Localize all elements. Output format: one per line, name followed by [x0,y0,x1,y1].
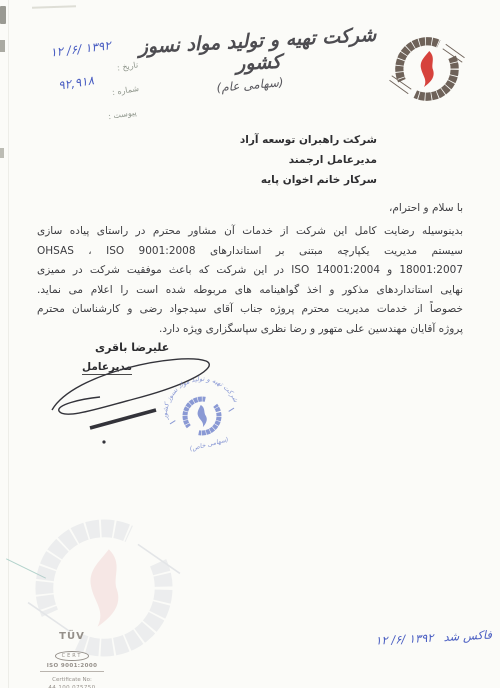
body-line: نهایی استانداردهای مذکور و اخذ گواهینامه… [37,281,463,301]
stamp-sub-text: (سهامی خاص) [189,435,229,452]
svg-text:شرکت تهیه و تولید مواد نسوز کش: شرکت تهیه و تولید مواد نسوز کشور [152,366,240,422]
tuv-cert-icon: TÜV CERT ISO 9001:2000 Certificate No: 4… [40,632,104,688]
scan-artifact [0,40,5,52]
number-label: شماره : [111,84,139,97]
letter-page: شرکت تهیه و تولید مواد نسوز کشور (سهامی … [0,0,500,688]
handwritten-date: ۱۳۹۲ /۶/ ۱۲ [49,38,111,59]
salutation: با سلام و احترام، [37,202,463,214]
body-line: بدینوسیله رضایت کامل این شرکت از خدمات آ… [37,222,463,242]
recipient-company: شرکت راهبران توسعه آراد [240,130,377,150]
handwritten-number: ۹۲,۹۱۸ [57,73,95,92]
recipient-person: سرکار خانم اخوان پایه [240,170,377,190]
stamp-arc-text: شرکت تهیه و تولید مواد نسوز کشور [152,366,240,422]
attachment-label: پیوست : [107,108,137,121]
scan-artifact [0,148,4,158]
scan-artifact [32,5,76,9]
tuv-cert-label: CERT [55,651,90,661]
tuv-brand-text: TÜV [40,632,104,642]
company-logo-icon [388,26,466,112]
body-line: 18001:2007 و ISO 14001:2004 در این شرکت … [37,261,463,281]
recipient-title: مدیرعامل ارجمند [240,150,377,170]
body-line: خصوصاً از خدمات مدیریت محترم پروژه جناب … [37,300,463,320]
tuv-standard: ISO 9001:2000 [40,663,104,672]
tuv-certificate-label: Certificate No: [40,677,104,683]
body-line: پروژه آقایان مهندسین علی متهور و رضا نظر… [37,320,463,340]
scan-artifact [0,6,6,24]
company-stamp-icon: شرکت تهیه و تولید مواد نسوز کشور (سهامی … [135,360,269,472]
recipient-block: شرکت راهبران توسعه آراد مدیرعامل ارجمند … [240,130,377,190]
scan-edge-line [8,0,9,688]
fax-note: فاکس شد [443,628,492,645]
body-line: سیستم مدیریت یکپارچه مبتنی بر استاندارها… [37,242,463,262]
fax-note-block: فاکس شد ۱۳۹۲ /۶/ ۱۲ [322,628,492,651]
letter-body: بدینوسیله رضایت کامل این شرکت از خدمات آ… [37,222,463,339]
company-name-calligraphy: شرکت تهیه و تولید مواد نسوز کشور [127,23,389,81]
fax-date: ۱۳۹۲ /۶/ ۱۲ [375,631,434,648]
